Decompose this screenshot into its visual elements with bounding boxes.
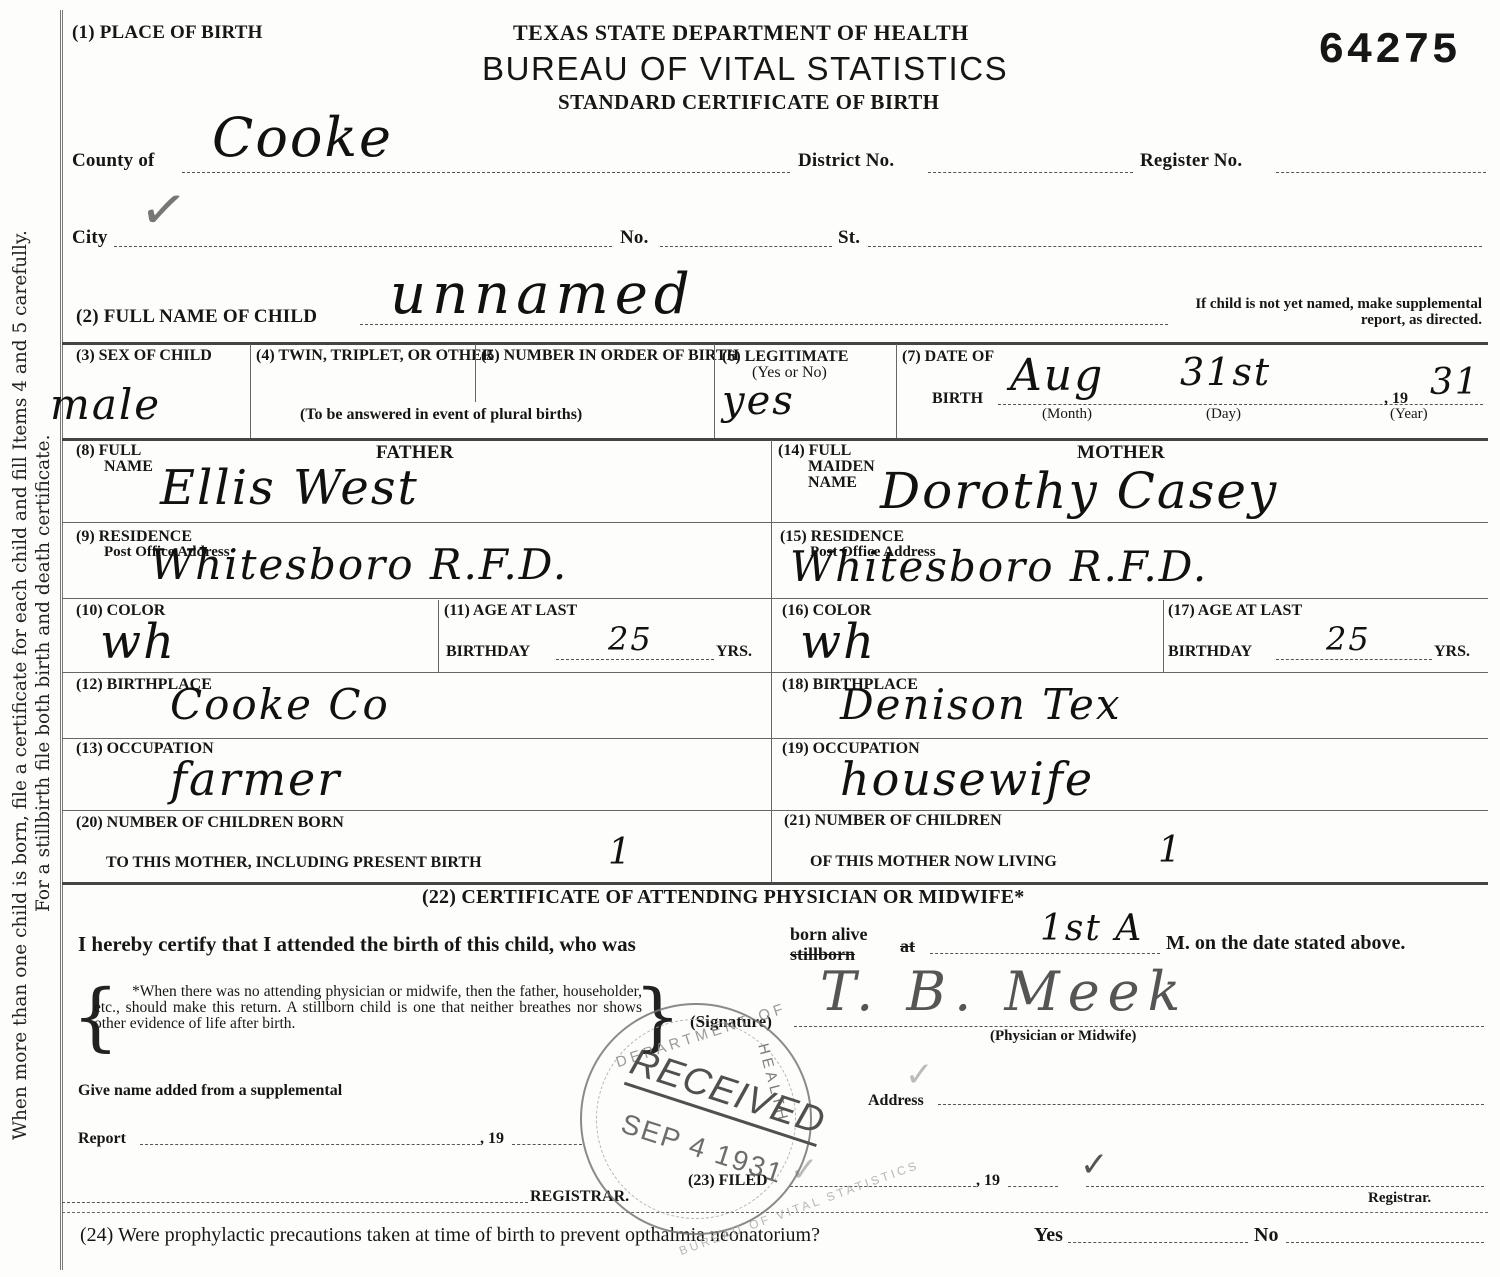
filed-year-prefix: , 19 [976, 1172, 1000, 1190]
check-mark-icon: ✓ [1080, 1145, 1109, 1185]
father-residence-value: Whitesboro R.F.D. [150, 540, 568, 589]
section-divider [62, 882, 1488, 885]
father-age-birthday: BIRTHDAY [446, 643, 530, 661]
filed-registrar-label: Registrar. [1368, 1190, 1431, 1207]
row-divider [62, 810, 1488, 811]
mother-name-label-1: (14) FULL [778, 442, 851, 459]
report-field[interactable] [140, 1144, 480, 1145]
father-name-value: Ellis West [160, 460, 419, 516]
bureau-title: BUREAU OF VITAL STATISTICS [482, 50, 1008, 88]
birth-year-value: 31 [1430, 362, 1480, 403]
register-label: Register No. [1140, 150, 1242, 172]
at-label: at [900, 936, 915, 957]
district-label: District No. [798, 150, 894, 172]
legitimate-value: yes [722, 378, 795, 424]
certify-text: I hereby certify that I attended the bir… [78, 932, 636, 957]
signature-field[interactable] [794, 1026, 1484, 1027]
mother-age-value: 25 [1326, 620, 1371, 658]
plural-note: (To be answered in event of plural birth… [300, 406, 582, 424]
time-value: 1st A [1040, 908, 1143, 949]
signature-value: T. B. Meek [820, 960, 1188, 1023]
twin-label: (4) TWIN, TRIPLET, OR OTHER [256, 348, 456, 364]
child-name-value: unnamed [390, 262, 696, 327]
born-alive-label: born alive [790, 924, 868, 945]
m-text: M. on the date stated above. [1166, 932, 1405, 955]
child-name-label: (2) FULL NAME OF CHILD [76, 306, 317, 328]
year-caption: (Year) [1390, 406, 1428, 423]
prophylactic-yes-field[interactable] [1068, 1242, 1248, 1243]
filed-year-field[interactable] [1008, 1186, 1058, 1187]
no-field[interactable] [660, 246, 832, 247]
address-field[interactable] [938, 1104, 1484, 1105]
children-born-value: 1 [608, 832, 633, 873]
father-name-label: (8) FULLNAME [76, 443, 153, 475]
form-left-border [60, 10, 63, 1270]
mother-residence-value: Whitesboro R.F.D. [790, 542, 1208, 591]
father-birthplace-value: Cooke Co [170, 680, 390, 729]
children-living-label-2: OF THIS MOTHER NOW LIVING [810, 853, 1057, 871]
sex-label: (3) SEX OF CHILD [76, 348, 196, 364]
supplemental-label: Give name added from a supplemental [78, 1082, 342, 1100]
mother-age-unit: YRS. [1434, 643, 1470, 661]
check-mark-icon: ✓ [905, 1055, 934, 1095]
mother-name-label: (14) FULLMAIDENNAME [778, 443, 875, 491]
divider [475, 344, 476, 402]
registrar-field[interactable] [62, 1202, 528, 1203]
prophylactic-no-field[interactable] [1286, 1242, 1484, 1243]
children-living-value: 1 [1158, 830, 1183, 871]
county-field[interactable] [182, 172, 790, 173]
county-label: County of [72, 150, 155, 172]
margin-instruction-line1: When more than one child is born, file a… [10, 230, 31, 1140]
mother-age-label: (17) AGE AT LAST [1168, 602, 1302, 620]
row-divider [62, 738, 1488, 739]
margin-instruction-line2: For a stillbirth file both birth and dea… [33, 435, 54, 912]
children-living-label-1: (21) NUMBER OF CHILDREN [784, 812, 1002, 830]
filed-registrar-field[interactable] [1086, 1186, 1484, 1187]
birth-month-value: Aug [1010, 350, 1104, 401]
mother-age-birthday: BIRTHDAY [1168, 643, 1252, 661]
divider [1163, 600, 1164, 672]
children-born-label-2: TO THIS MOTHER, INCLUDING PRESENT BIRTH [106, 854, 482, 872]
date-field[interactable] [998, 404, 1483, 405]
physician-caption: (Physician or Midwife) [990, 1028, 1136, 1045]
time-field[interactable] [930, 953, 1160, 954]
prophylactic-yes-label: Yes [1034, 1224, 1063, 1247]
parents-divider [771, 440, 772, 882]
mother-name-label-2: MAIDEN [778, 458, 875, 475]
father-age-label: (11) AGE AT LAST [444, 602, 577, 620]
month-caption: (Month) [1042, 406, 1092, 423]
footnote-text: *When there was no attending physician o… [94, 984, 642, 1032]
day-caption: (Day) [1206, 406, 1241, 423]
divider [438, 600, 439, 672]
divider [250, 344, 251, 438]
report-year-field[interactable] [512, 1144, 582, 1145]
report-label: Report [78, 1130, 126, 1148]
mother-heading: MOTHER [1077, 442, 1165, 464]
mother-occupation-value: housewife [840, 752, 1094, 806]
date-birth-label: BIRTH [932, 390, 983, 408]
father-color-value: wh [100, 614, 176, 670]
children-born-label-1: (20) NUMBER OF CHILDREN BORN [76, 814, 344, 832]
certificate-number: 64275 [1318, 26, 1460, 76]
section-divider [62, 438, 1488, 441]
check-mark-icon: ✓ [136, 175, 192, 246]
section-divider [62, 342, 1488, 345]
department-title: TEXAS STATE DEPARTMENT OF HEALTH [513, 20, 969, 46]
order-label: (5) NUMBER IN ORDER OF BIRTH [481, 348, 711, 364]
mother-age-field[interactable] [1276, 659, 1432, 660]
row-divider [62, 672, 1488, 673]
mother-name-value: Dorothy Casey [880, 462, 1278, 520]
father-occupation-value: farmer [170, 752, 341, 806]
register-field[interactable] [1276, 172, 1486, 173]
place-of-birth-label: (1) PLACE OF BIRTH [72, 22, 263, 44]
father-name-label-2: NAME [76, 458, 153, 475]
city-field[interactable] [114, 246, 612, 247]
divider [714, 344, 715, 438]
city-label: City [72, 227, 108, 249]
no-label: No. [620, 227, 649, 249]
child-name-note: If child is not yet named, make suppleme… [1190, 296, 1482, 328]
father-age-unit: YRS. [716, 643, 752, 661]
mother-name-label-3: NAME [778, 474, 857, 491]
row-divider [62, 522, 1488, 523]
father-age-value: 25 [608, 620, 653, 658]
received-stamp: DEPARTMENT OF HEALTH RECEIVED SEP 4 1931… [580, 1003, 812, 1235]
mother-color-value: wh [800, 614, 876, 670]
prophylactic-no-label: No [1254, 1224, 1278, 1247]
mother-birthplace-value: Denison Tex [840, 680, 1122, 729]
district-field[interactable] [928, 172, 1133, 173]
st-field[interactable] [868, 246, 1482, 247]
form-title: STANDARD CERTIFICATE OF BIRTH [558, 90, 939, 115]
sex-value: male [50, 380, 161, 429]
father-name-label-1: (8) FULL [76, 442, 141, 459]
date-of-birth-label: (7) DATE OF [902, 348, 994, 366]
father-age-field[interactable] [556, 659, 714, 660]
row-divider [62, 598, 1488, 599]
report-year-prefix: , 19 [480, 1130, 504, 1148]
county-value: Cooke [212, 106, 393, 169]
certificate-heading: (22) CERTIFICATE OF ATTENDING PHYSICIAN … [422, 886, 1025, 909]
birth-day-value: 31st [1180, 350, 1271, 394]
st-label: St. [838, 227, 860, 249]
divider [896, 344, 897, 438]
